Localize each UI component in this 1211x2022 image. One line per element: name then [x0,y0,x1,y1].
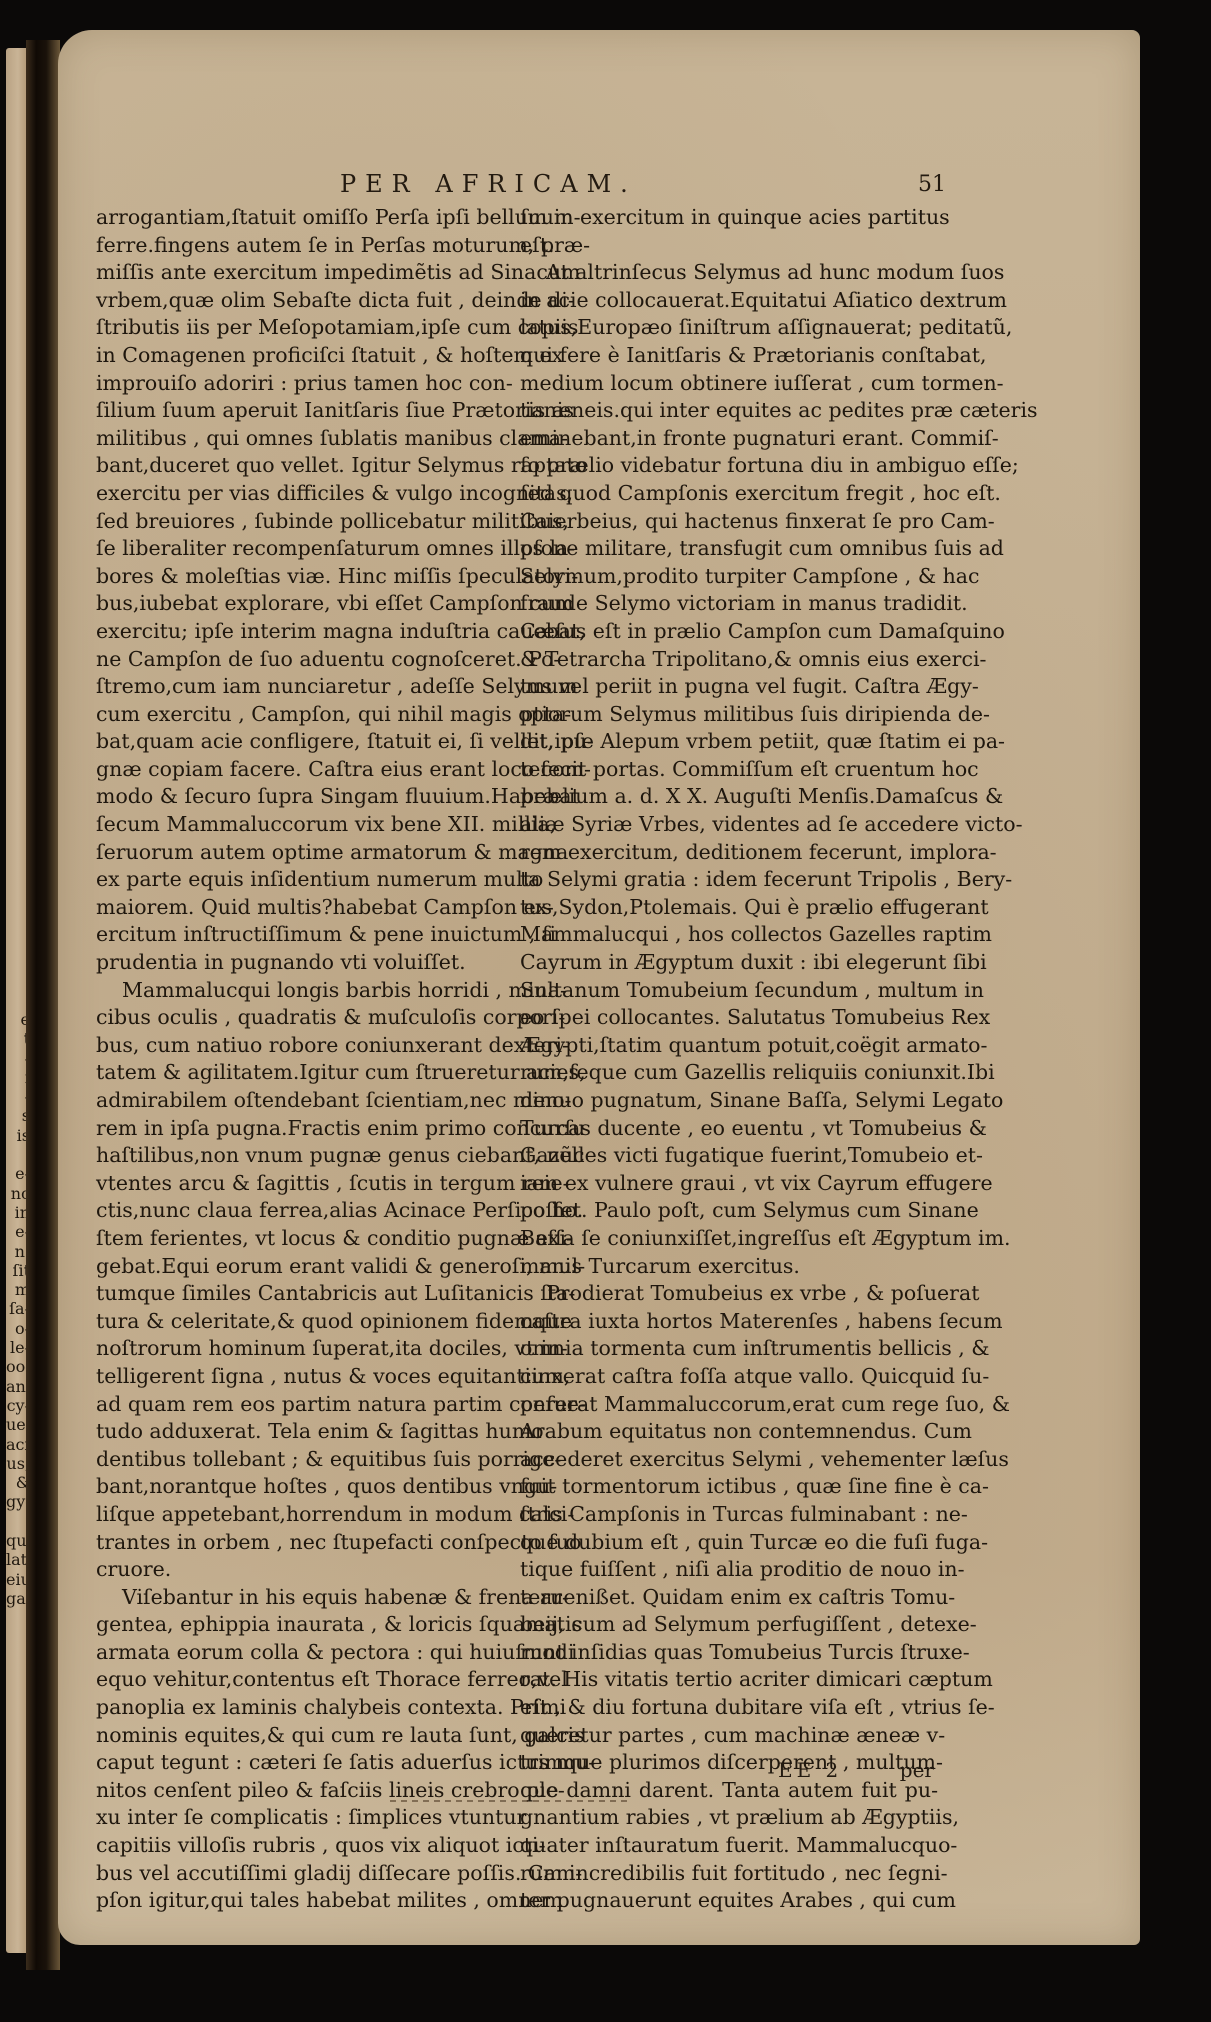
text-line: vrbem,quæ olim Sebaſte dicta fuit , dein… [96,287,494,315]
text-line: bat,quam acie confligere, ſtatuit ei, ſi… [96,728,494,756]
text-line: ſo prælio videbatur fortuna diu in ambig… [520,452,938,480]
text-line: omnia tormenta cum inſtrumentis bellicis… [520,1335,938,1363]
text-line: caſtra iuxta hortos Materenſes , habens … [520,1308,938,1336]
text-line: tique fuiſſent , niſi alia proditio de n… [520,1556,938,1584]
text-line: poſſet. Paulo poſt, cum Selymus cum Sina… [520,1197,938,1225]
text-line: manis Turcarum exercitus. [520,1253,938,1281]
text-line: ſtremo,cum iam nunciaretur , adeſſe Sely… [96,673,494,701]
text-line: in acie collocauerat.Equitatui Aſiatico … [520,287,938,315]
text-line: At altrinſecus Selymus ad hunc modum ſuo… [520,259,938,287]
text-line: beij, cum ad Selymum perfugiſſent , dete… [520,1611,938,1639]
text-line: ctis,nunc claua ferrea,alias Acinace Per… [96,1197,494,1225]
text-line: rem in ipſa pugna.Fractis enim primo con… [96,1115,494,1143]
text-line: gentea, ephippia inaurata , & loricis ſq… [96,1611,494,1639]
text-line: gebat.Equi eorum erant validi & generoſi… [96,1253,494,1281]
text-line: caput tegunt : cæteri ſe ſatis aduerſus … [96,1749,494,1777]
printed-rule [390,1800,630,1802]
paragraph: arrogantiam,ſtatuit omiſſo Perſa ipſi be… [96,204,494,977]
text-line: ſe liberaliter recompenſaturum omnes ill… [96,535,494,563]
text-line: pſon igitur,qui tales habebat milites , … [96,1887,494,1915]
text-line: liſque appetebant,horrendum in modum cal… [96,1501,494,1529]
text-line: tudo adduxerat. Tela enim & ſagittas hum… [96,1418,494,1446]
text-line: ſed breuiores , ſubinde pollicebatur mil… [96,508,494,536]
text-line: ſtributis iis per Meſopotamiam,ipſe cum … [96,314,494,342]
text-line: ex parte equis inſidentium numerum multo [96,866,494,894]
text-line: noſtrorum hominum ſuperat,ita dociles, v… [96,1335,494,1363]
text-line: tus vel periit in pugna vel fugit. Caſtr… [520,673,938,701]
text-line: rum incredibilis fuit fortitudo , nec ſe… [520,1860,938,1888]
right-text-column: ſuum exercitum in quinque acies partitus… [520,204,938,1915]
text-line: ter pugnauerunt equites Arabes , qui cum [520,1887,938,1915]
text-line: ferre.fingens autem ſe in Perſas moturum… [96,232,494,260]
text-line: Ægypti,ſtatim quantum potuit,coëgit arma… [520,1032,938,1060]
text-line: gnæ copiam facere. Caſtra eius erant loc… [96,756,494,784]
running-head: PER AFRICAM. [340,170,637,198]
text-line: que dubium eſt , quin Turcæ eo die fuſi … [520,1529,938,1557]
text-line: Selymum,prodito turpiter Campſone , & ha… [520,563,938,591]
text-line: eſt. [520,232,938,260]
page-number: 51 [918,172,946,197]
text-line: tus,Sydon,Ptolemais. Qui è prælio effuge… [520,894,938,922]
text-line: eſt , & diu fortuna dubitare viſa eſt , … [520,1694,938,1722]
text-line: teruenißet. Quidam enim ex caſtris Tomu- [520,1584,938,1612]
text-line: pererat Mammaluccorum,erat cum rege ſuo,… [520,1391,938,1419]
signature-mark: EE 2 [778,1758,842,1782]
paragraph: Mammalucqui longis barbis horridi , mina… [96,977,494,1584]
text-line: Prodierat Tomubeius ex vrbe , & poſuerat [520,1280,938,1308]
text-line: runt inſidias quas Tomubeius Turcis ſtru… [520,1639,938,1667]
paragraph: At altrinſecus Selymus ad hunc modum ſuo… [520,259,938,1280]
text-line: bus, cum natiuo robore coniunxerant dext… [96,1032,494,1060]
text-line: trimque plurimos diſcerperent , multum- [520,1749,938,1777]
text-line: Gazelles victi fugatique fuerint,Tomubei… [520,1142,938,1170]
text-line: in Comagenen proficiſci ſtatuit , & hoſt… [96,342,494,370]
text-line: Cæſus eſt in prælio Campſon cum Damaſqui… [520,618,938,646]
text-line: ſilium ſuum aperuit Ianitſaris ſiue Præt… [96,397,494,425]
text-line: quater inſtauratum fuerit. Mammalucquo- [520,1832,938,1860]
text-line: cruore. [96,1556,494,1584]
text-line: qui fere è Ianitſaris & Prætorianis conſ… [520,342,938,370]
text-line: dentibus tollebant ; & equitibus ſuis po… [96,1446,494,1474]
text-line: ſecum Mammaluccorum vix bene XII. millia… [96,811,494,839]
paragraph: ſuum exercitum in quinque acies partitus… [520,204,938,259]
text-line: bant,norantque hoſtes , quos dentibus vn… [96,1473,494,1501]
text-line: dit,ipſe Alepum vrbem petiit, quæ ſtatim… [520,728,938,756]
text-line: bus,iubebat explorare, vbi eſſet Campſon… [96,590,494,618]
previous-page-edge [6,48,26,1953]
text-line: panoplia ex laminis chalybeis contexta. … [96,1694,494,1722]
text-line: cinxerat caſtra foſſa atque vallo. Quicq… [520,1363,938,1391]
text-line: tefecit portas. Commiſſum eſt cruentum h… [520,756,938,784]
text-line: Caierbeius, qui hactenus finxerat ſe pro… [520,508,938,536]
text-line: maiorem. Quid multis?habebat Campſon ex- [96,894,494,922]
text-line: haſtilibus,non vnum pugnæ genus ciebant,… [96,1142,494,1170]
text-line: queretur partes , cum machinæ æneæ v- [520,1722,938,1750]
text-line: pſone militare, transfugit cum omnibus ſ… [520,535,938,563]
text-line: eminebant,in fronte pugnaturi erant. Com… [520,425,938,453]
text-line: tatem & agilitatem.Igitur cum ſtrueretur… [96,1059,494,1087]
text-line: equo vehitur,contentus eſt Thorace ferre… [96,1666,494,1694]
text-line: fraude Selymo victoriam in manus tradidi… [520,590,938,618]
text-line: vtentes arcu & ſagittis , ſcutis in terg… [96,1170,494,1198]
text-line: militibus , qui omnes ſublatis manibus c… [96,425,494,453]
text-line: ſed quod Campſonis exercitum fregit , ho… [520,480,938,508]
text-line: iam ex vulnere graui , vt vix Cayrum eff… [520,1170,938,1198]
text-line: eo ſpei collocantes. Salutatus Tomubeius… [520,1004,938,1032]
text-line: tis æneis.qui inter equites ac pedites p… [520,397,938,425]
text-line: arrogantiam,ſtatuit omiſſo Perſa ipſi be… [96,204,494,232]
text-line: xu inter ſe complicatis : ſimplices vtun… [96,1804,494,1832]
catchword: per [900,1758,934,1782]
text-line: ſuum exercitum in quinque acies partitus [520,204,938,232]
text-line: bant,duceret quo vellet. Igitur Selymus … [96,452,494,480]
book-gutter [26,40,60,1970]
text-line: cibus oculis , quadratis & muſculoſis co… [96,1004,494,1032]
text-line: denuo pugnatum, Sinane Baſſa, Selymi Leg… [520,1087,938,1115]
text-line: rem exercitum, deditionem fecerunt, impl… [520,839,938,867]
text-line: Turcas ducente , eo euentu , vt Tomubeiu… [520,1115,938,1143]
text-line: ſtem ferientes, vt locus & conditio pugn… [96,1225,494,1253]
text-line: capitiis villoſis rubris , quos vix aliq… [96,1832,494,1860]
text-line: tura & celeritate,& quod opinionem fidem… [96,1308,494,1336]
text-line: prudentia in pugnando vti voluiſſet. [96,949,494,977]
text-line: accederet exercitus Selymi , vehementer … [520,1446,938,1474]
paragraph: Prodierat Tomubeius ex vrbe , & poſuerat… [520,1280,938,1915]
text-line: Viſebantur in his equis habenæ & frena a… [96,1584,494,1612]
text-line: modo & ſecuro ſupra Singam fluuium.Habeb… [96,783,494,811]
text-line: exercitu; ipſe interim magna induſtria c… [96,618,494,646]
left-text-column: arrogantiam,ſtatuit omiſſo Perſa ipſi be… [96,204,494,1915]
text-line: rat. His vitatis tertio acriter dimicari… [520,1666,938,1694]
text-line: Baſſa ſe coniunxiſſet,ingreſſus eſt Ægyp… [520,1225,938,1253]
text-line: fuit tormentorum ictibus , quæ ſine fine… [520,1473,938,1501]
text-line: Arabum equitatus non contemnendus. Cum [520,1418,938,1446]
text-line: admirabilem oſtendebant ſcientiam,nec mi… [96,1087,494,1115]
text-line: telligerent ſigna , nutus & voces equita… [96,1363,494,1391]
text-line: gnantium rabies , vt prælium ab Ægyptiis… [520,1804,938,1832]
text-line: miſſis ante exercitum impedimẽtis ad Sin… [96,259,494,287]
text-line: cum exercitu , Campſon, qui nihil magis … [96,701,494,729]
text-line: latus,Europæo ſiniſtrum aſſignauerat; pe… [520,314,938,342]
text-line: trantes in orbem , nec ſtupefacti conſpe… [96,1529,494,1557]
text-line: Cayrum in Ægyptum duxit : ibi elegerunt … [520,949,938,977]
text-line: medium locum obtinere iuſſerat , cum tor… [520,370,938,398]
text-line: prælium a. d. X X. Auguſti Menſis.Damaſc… [520,783,938,811]
text-line: ne Campſon de ſuo aduentu cognoſceret. P… [96,646,494,674]
text-line: rum,ſeque cum Gazellis reliquiis coniunx… [520,1059,938,1087]
text-line: nominis equites,& qui cum re lauta ſunt,… [96,1722,494,1750]
text-line: ſtris Campſonis in Turcas fulminabant : … [520,1501,938,1529]
text-line: Mammalucqui , hos collectos Gazelles rap… [520,921,938,949]
text-line: ad quam rem eos partim natura partim con… [96,1391,494,1419]
text-line: ta Selymi gratia : idem fecerunt Tripoli… [520,866,938,894]
paragraph: Viſebantur in his equis habenæ & frena a… [96,1584,494,1915]
text-line: Sultanum Tomubeium ſecundum , multum in [520,977,938,1005]
text-line: tumque ſimiles Cantabricis aut Luſitanic… [96,1280,494,1308]
text-line: bus vel accutiſſimi gladij diſſecare poſ… [96,1860,494,1888]
text-line: improuiſo adoriri : prius tamen hoc con- [96,370,494,398]
text-line: bores & moleſtias viæ. Hinc miſſis ſpecu… [96,563,494,591]
text-line: exercitu per vias difficiles & vulgo inc… [96,480,494,508]
text-line: ſeruorum autem optime armatorum & magna [96,839,494,867]
text-line: ptiorum Selymus militibus ſuis diripiend… [520,701,938,729]
text-line: armata eorum colla & pectora : qui huiuſ… [96,1639,494,1667]
text-line: Mammalucqui longis barbis horridi , mina… [96,977,494,1005]
text-line: aliæ Syriæ Vrbes, videntes ad ſe acceder… [520,811,938,839]
text-line: & Tetrarcha Tripolitano,& omnis eius exe… [520,646,938,674]
text-line: ercitum inſtructiſſimum & pene inuictum … [96,921,494,949]
